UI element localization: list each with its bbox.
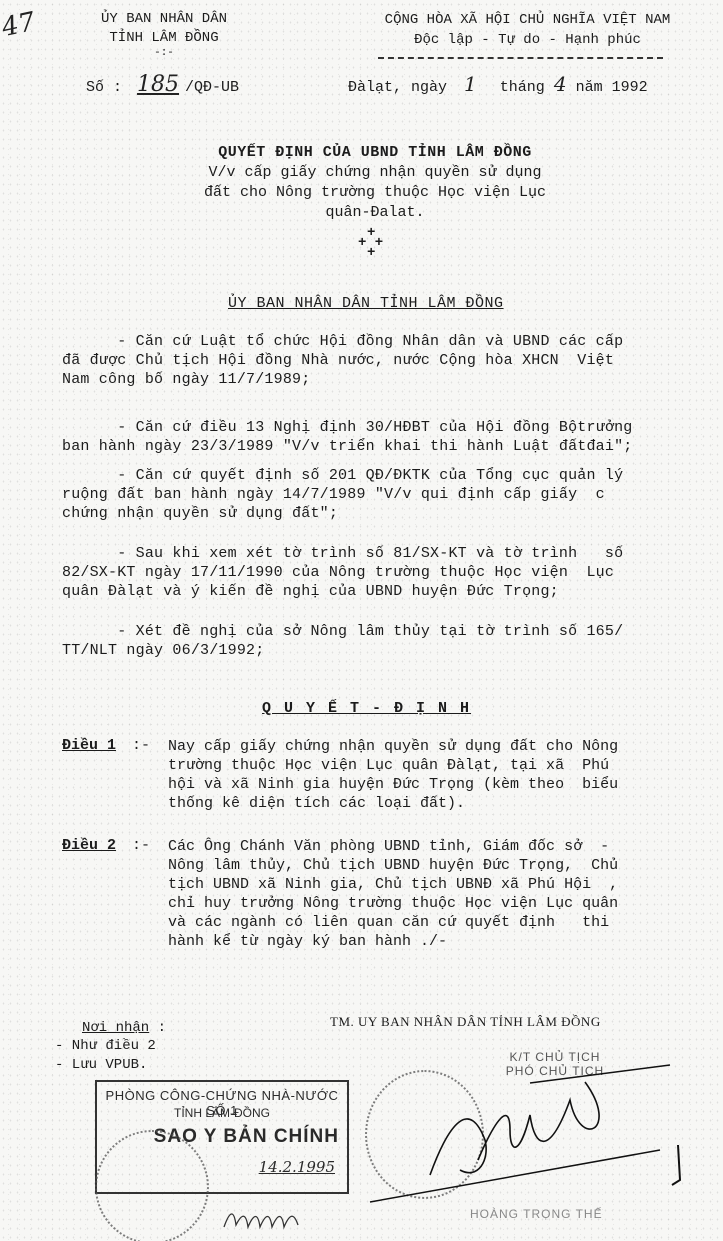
date-day: 1 <box>456 72 491 96</box>
article-2-text: Các Ông Chánh Văn phòng UBND tỉnh, Giám … <box>168 837 708 951</box>
recipients-heading: Nơi nhận : <box>82 1020 166 1036</box>
decision-heading: Q U Y Ế T - Đ Ị N H <box>262 700 471 717</box>
signer-name: HOÀNG TRỌNG THẾ <box>470 1207 603 1221</box>
document-number: Số : 185/QĐ-UB <box>86 72 239 97</box>
recipients-label: Nơi nhận <box>82 1020 149 1036</box>
notary-stamp-date: 14.2.1995 <box>259 1158 335 1176</box>
date-month-label: tháng <box>500 79 545 96</box>
doc-number: 185 <box>131 72 185 97</box>
nation-block: CỘNG HÒA XÃ HỘI CHỦ NGHĨA VIỆT NAM Độc l… <box>340 10 715 50</box>
article-1-label: Điều 1 <box>62 737 116 754</box>
doc-number-suffix: /QĐ-UB <box>185 79 239 96</box>
margin-handwritten-note: 47 <box>0 7 38 43</box>
article-1-text: Nay cấp giấy chứng nhận quyền sử dụng đấ… <box>168 737 708 813</box>
nation-line1: CỘNG HÒA XÃ HỘI CHỦ NGHĨA VIỆT NAM <box>340 10 715 30</box>
signature-on-behalf: TM. UY BAN NHÂN DÂN TỈNH LÂM ĐỒNG <box>330 1014 601 1030</box>
nation-line2: Độc lập - Tự do - Hạnh phúc <box>340 30 715 50</box>
article-2-label: Điều 2 <box>62 837 116 854</box>
notary-stamp-province: TỈNH LÂM-ĐỒNG <box>97 1106 347 1120</box>
date-month: 4 <box>554 72 567 96</box>
preamble-clause-2: - Căn cứ điều 13 Nghị định 30/HĐBT của H… <box>62 418 692 456</box>
recipient-item: - Như điều 2 <box>55 1037 156 1056</box>
document-date: Đàlạt, ngày 1 tháng 4 năm 1992 <box>348 72 648 96</box>
decision-title-block: QUYẾT ĐỊNH CỦA UBND TỈNH LÂM ĐỒNG V/v cấ… <box>150 143 600 223</box>
doc-number-prefix: Số : <box>86 79 122 96</box>
preamble-clause-5: - Xét đề nghị của sở Nông lâm thủy tại t… <box>62 622 692 660</box>
preamble-clause-3: - Căn cứ quyết định số 201 QĐ/ĐKTK của T… <box>62 466 692 523</box>
title-subject-line3: quân-Đalat. <box>150 203 600 223</box>
notary-signature-scrawl <box>220 1205 310 1233</box>
ornament: ++ ++ <box>358 228 383 258</box>
article-2-separator: :- <box>132 837 150 854</box>
preamble-clause-1: - Căn cứ Luật tổ chức Hội đồng Nhân dân … <box>62 332 692 389</box>
date-prefix: Đàlạt, ngày <box>348 79 447 96</box>
article-1-separator: :- <box>132 737 150 754</box>
authority-heading: ỦY BAN NHÂN DÂN TỈNH LÂM ĐỒNG <box>228 295 504 312</box>
recipients-list: - Như điều 2 - Lưu VPUB. <box>55 1037 156 1075</box>
issuer-line1: ỦY BAN NHÂN DÂN <box>84 10 244 29</box>
date-year: năm 1992 <box>576 79 648 96</box>
issuer-divider: -:- <box>84 48 244 58</box>
issuer-line2: TỈNH LÂM ĐỒNG <box>84 29 244 48</box>
recipients-sep: : <box>158 1020 166 1036</box>
issuer-block: ỦY BAN NHÂN DÂN TỈNH LÂM ĐỒNG -:- <box>84 10 244 58</box>
title-subject-line1: V/v cấp giấy chứng nhận quyền sử dụng <box>150 163 600 183</box>
recipient-item: - Lưu VPUB. <box>55 1056 156 1075</box>
preamble-clause-4: - Sau khi xem xét tờ trình số 81/SX-KT v… <box>62 544 692 601</box>
decision-title: QUYẾT ĐỊNH CỦA UBND TỈNH LÂM ĐỒNG <box>150 143 600 163</box>
notary-seal <box>95 1130 209 1241</box>
signature-scrawl <box>360 1060 690 1210</box>
title-subject-line2: đất cho Nông trường thuộc Học viện Lục <box>150 183 600 203</box>
header-rule <box>378 57 663 59</box>
